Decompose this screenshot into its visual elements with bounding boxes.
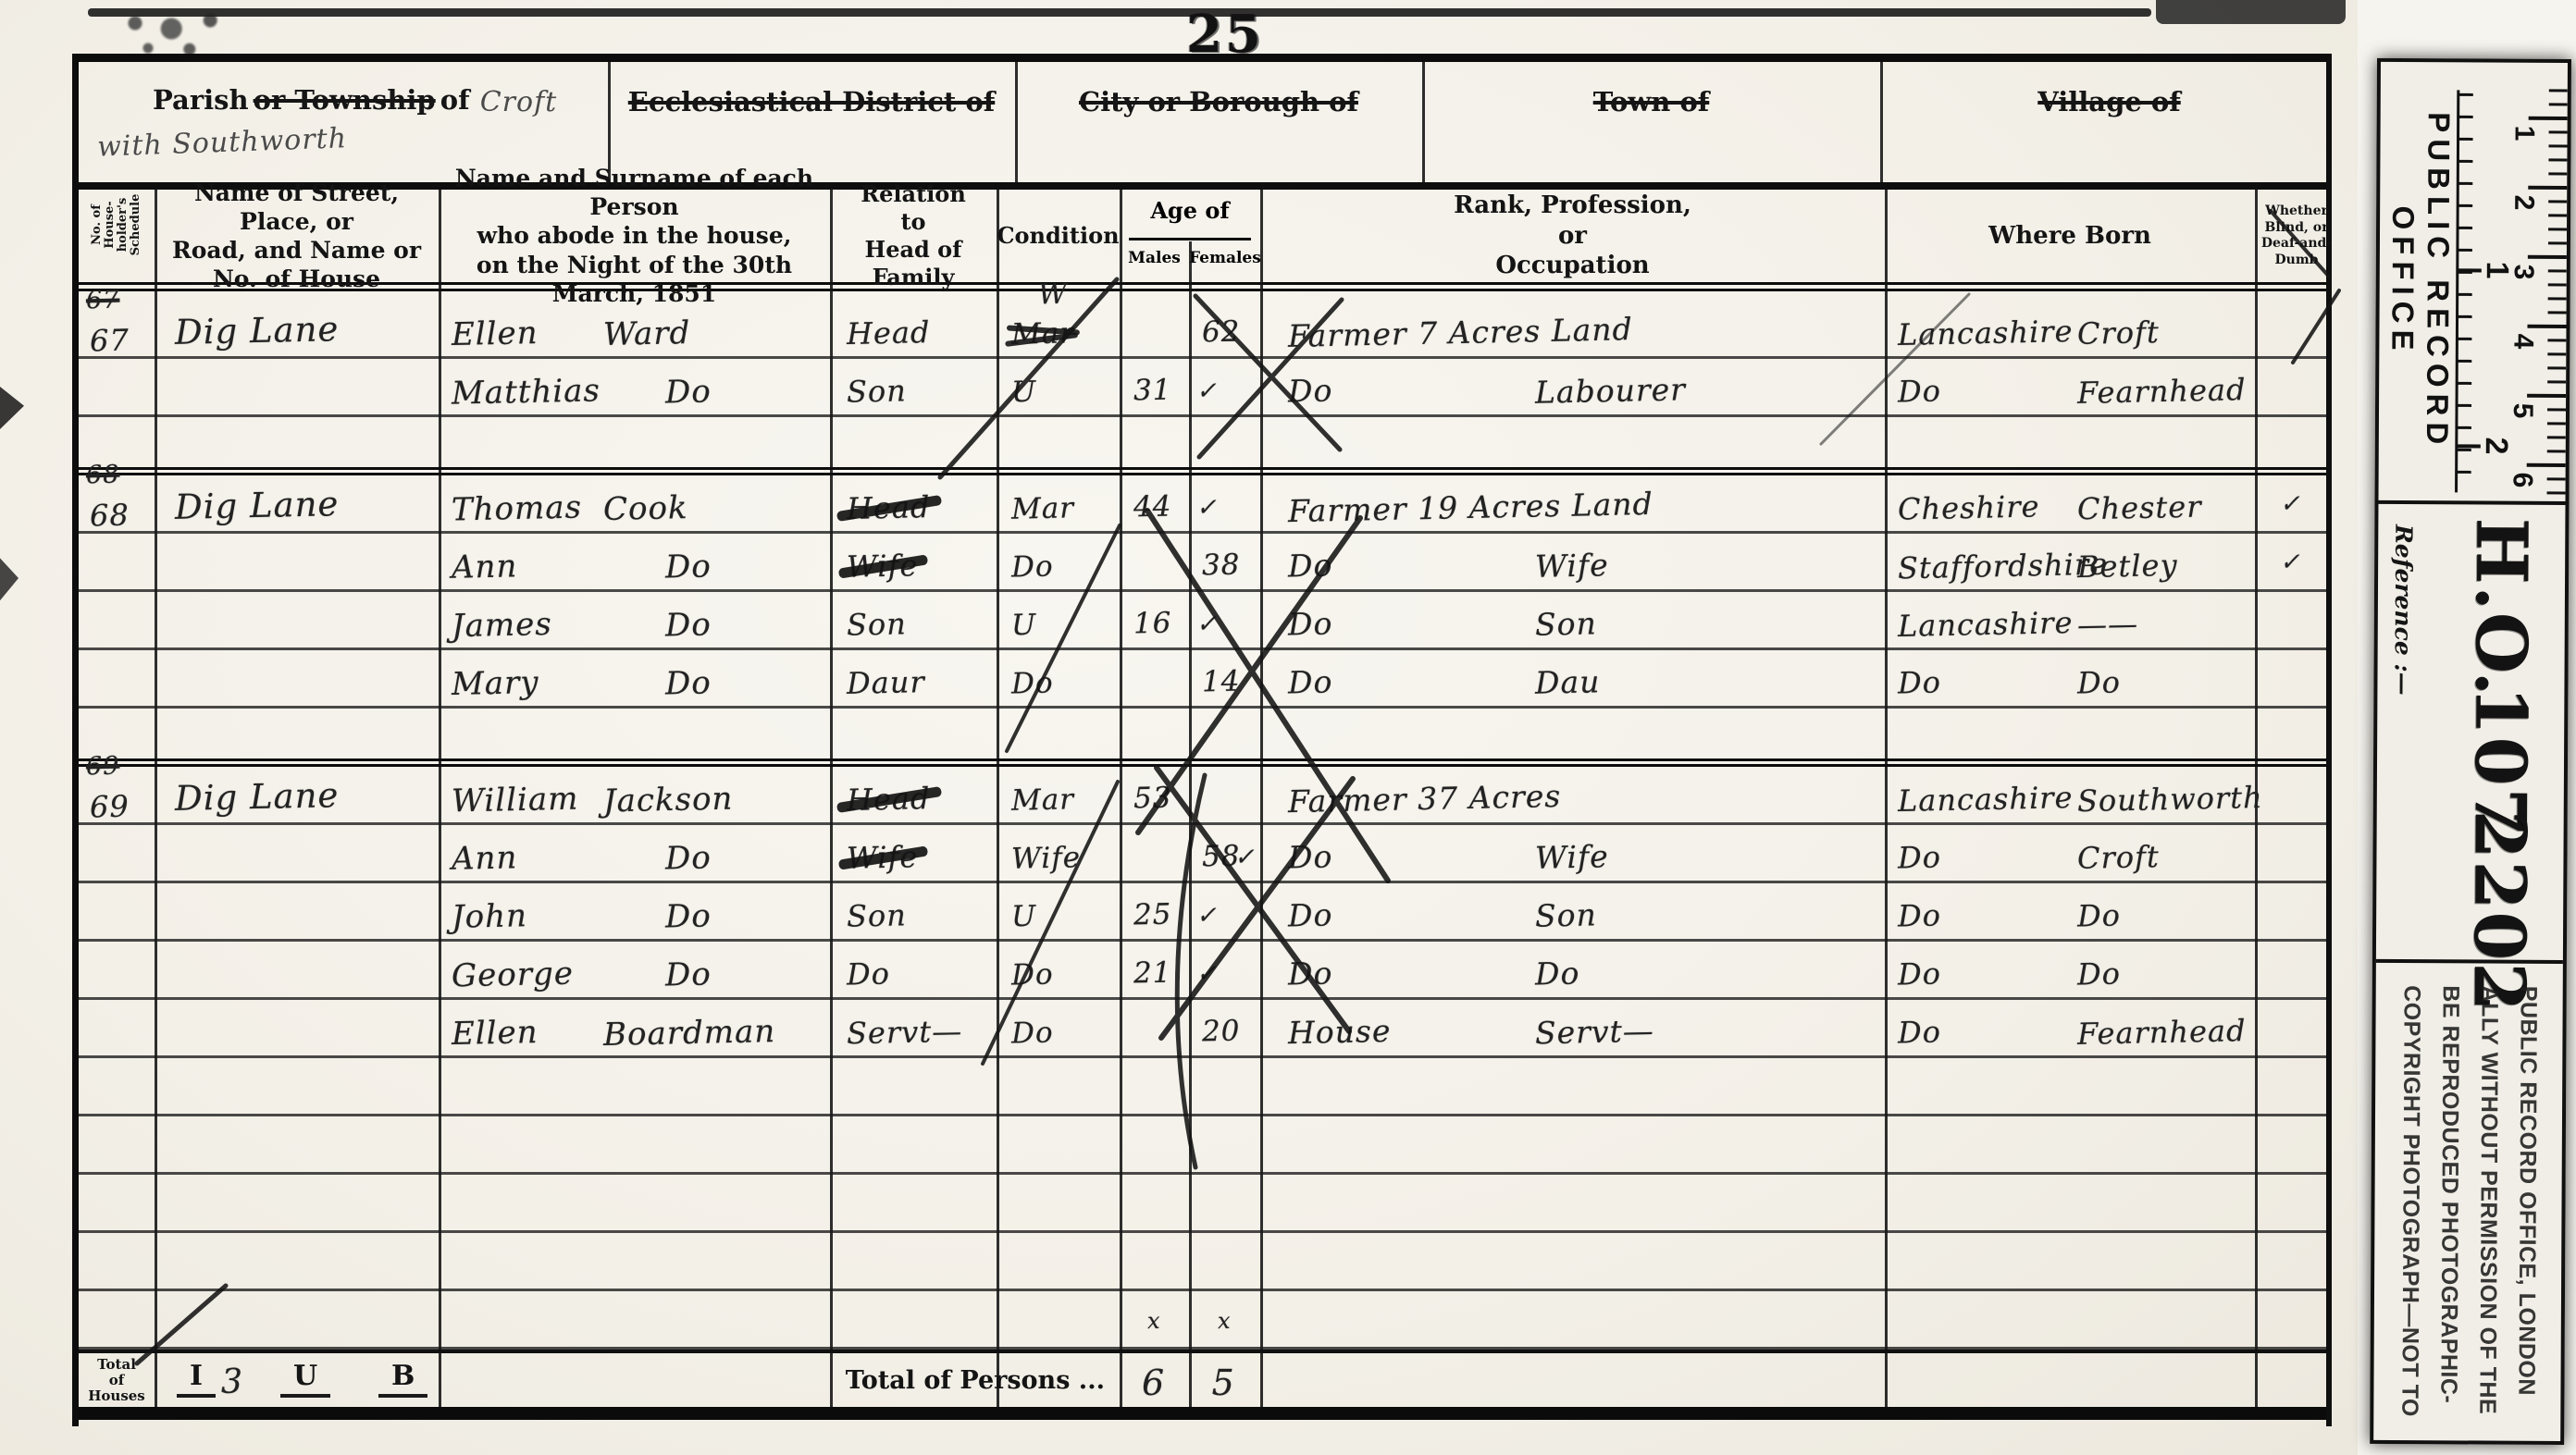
handwritten-entry: Lancashire <box>1898 780 2074 819</box>
handwritten-entry: U <box>1011 376 1037 410</box>
census-row: JohnDoSonU25✓DoSonDoDo <box>79 883 2326 942</box>
handwritten-entry: Betley <box>2077 548 2178 585</box>
cell-sched <box>79 942 155 997</box>
uninhabited-label: U <box>280 1360 330 1398</box>
cell-blind <box>2255 592 2338 647</box>
public-record-office-label: PUBLIC RECORD OFFICE <box>2384 62 2457 500</box>
handwritten-entry: Do <box>1898 665 1942 701</box>
handwritten-entry: 31 <box>1133 374 1172 408</box>
svg-text:6: 6 <box>2508 473 2538 488</box>
census-row: 6767Dig LaneEllenWardHeadMarW62Farmer 7 … <box>79 301 2326 359</box>
cell-m <box>1120 301 1189 356</box>
handwritten-entry: Mary <box>452 664 539 703</box>
cell-sched <box>79 825 155 881</box>
cell-cond <box>997 1291 1120 1347</box>
handwritten-entry: Matthias <box>452 372 601 412</box>
handwritten-entry: Son <box>847 897 908 933</box>
handwritten-entry: 14 <box>1201 665 1240 699</box>
cell-street <box>155 1175 439 1230</box>
cell-cond <box>997 709 1120 758</box>
copyright-line: ALLY WITHOUT PERMISSION OF THE <box>2468 985 2508 1411</box>
handwritten-entry: 67 <box>86 286 120 315</box>
handwritten-entry: 44 <box>1133 490 1172 524</box>
cell-sched <box>79 1000 155 1055</box>
scan-edge-streak <box>88 8 2151 17</box>
census-row <box>79 1058 2326 1116</box>
handwritten-entry: Thomas <box>452 489 583 529</box>
handwritten-entry: Do <box>2077 898 2122 934</box>
cell-name: EllenWard <box>439 301 830 356</box>
cell-name <box>439 1058 830 1114</box>
handwritten-entry: Do <box>1288 605 1333 642</box>
census-row <box>79 1233 2326 1291</box>
cell-born: LancashireCroft <box>1885 301 2255 356</box>
handwritten-entry: Farmer 7 Acres Land <box>1288 311 1633 354</box>
handwritten-entry: Wife <box>1535 547 1609 585</box>
cell-cond: Do <box>997 534 1120 589</box>
cell-rel <box>830 709 997 758</box>
cell-name <box>439 1116 830 1172</box>
total-males-cell: 6 <box>1120 1353 1189 1407</box>
handwritten-entry: Croft <box>2077 839 2161 876</box>
cell-cond: U <box>997 883 1120 939</box>
handwritten-entry: Labourer <box>1535 371 1687 410</box>
cell-born <box>1885 1116 2255 1172</box>
handwritten-entry: Mar <box>1011 316 1075 351</box>
svg-text:5: 5 <box>2508 403 2538 419</box>
census-row <box>79 709 2326 767</box>
cell-name: JohnDo <box>439 883 830 939</box>
cell-occ: DoDo <box>1260 942 1885 997</box>
cell-street: Dig Lane <box>155 475 439 531</box>
cell-m: 16 <box>1120 592 1189 647</box>
cell-m <box>1120 1058 1189 1114</box>
handwritten-entry: 68 <box>86 461 120 490</box>
handwritten-entry: 67 <box>90 323 130 359</box>
cell-sched <box>79 883 155 939</box>
cell-blind <box>2255 1000 2338 1055</box>
header-divider <box>1015 62 1018 182</box>
cell-sched <box>79 592 155 647</box>
cell-f: 38 <box>1189 534 1260 589</box>
handwritten-entry: Do <box>1288 955 1333 992</box>
cell-f <box>1189 709 1260 758</box>
handwritten-entry: Lancashire <box>1898 605 2074 644</box>
village-label: Village of <box>2037 86 2180 117</box>
cell-f <box>1189 1058 1260 1114</box>
cell-f <box>1189 767 1260 822</box>
cell-cond <box>997 1233 1120 1289</box>
handwritten-entry: Do <box>1288 663 1333 700</box>
census-row <box>79 1175 2326 1233</box>
handwritten-entry: Do <box>665 606 712 644</box>
handwritten-entry: Servt— <box>847 1014 963 1052</box>
cell-born: DoDo <box>1885 650 2255 706</box>
cell-born <box>1885 709 2255 758</box>
cell-blind <box>2255 1175 2338 1230</box>
handwritten-entry: Do <box>1898 898 1942 934</box>
cell-occ <box>1260 1058 1885 1114</box>
handwritten-entry: House <box>1288 1013 1392 1051</box>
cell-occ <box>1260 1116 1885 1172</box>
total-females-value: 5 <box>1212 1363 1235 1403</box>
handwritten-entry: Jackson <box>602 781 733 820</box>
building-label: B <box>378 1360 427 1398</box>
cell-born <box>1885 1291 2255 1347</box>
cell-born <box>1885 417 2255 467</box>
cell-cond: Mar <box>997 767 1120 822</box>
handwritten-entry: Head <box>847 314 931 351</box>
handwritten-entry: Farmer 19 Acres Land <box>1288 486 1653 529</box>
cell-blind <box>2255 1233 2338 1289</box>
handwritten-entry: ✓ <box>1195 377 1217 405</box>
cell-occ: Farmer 37 Acres <box>1260 767 1885 822</box>
handwritten-entry: Do <box>1898 374 1942 410</box>
handwritten-entry: William <box>452 781 579 820</box>
cell-cond: Do <box>997 650 1120 706</box>
inhabited-value: 3 <box>221 1363 243 1401</box>
cell-m <box>1120 650 1189 706</box>
cell-cond <box>997 1116 1120 1172</box>
handwritten-entry: Do <box>847 956 891 993</box>
scan-corner-shadow <box>2156 0 2346 24</box>
cell-occ: Farmer 7 Acres Land <box>1260 301 1885 356</box>
col-born: Where Born <box>1885 190 2255 282</box>
handwritten-entry: Do <box>1011 550 1054 585</box>
cell-f: ✓ <box>1189 942 1260 997</box>
cell-name: WilliamJackson <box>439 767 830 822</box>
cell-street <box>155 592 439 647</box>
cell-m: 25 <box>1120 883 1189 939</box>
cell-street <box>155 883 439 939</box>
handwritten-entry: Wife <box>1011 841 1082 876</box>
col-relation: Relation to Head of Family <box>830 190 997 282</box>
svg-text:2: 2 <box>2479 437 2514 454</box>
handwritten-entry: Do <box>1288 547 1333 584</box>
village-cell: Village of <box>1880 62 2338 182</box>
cell-sched <box>79 1116 155 1172</box>
handwritten-entry: Head <box>847 781 931 818</box>
handwritten-entry: W <box>1038 278 1069 312</box>
handwritten-entry: U <box>1011 609 1037 643</box>
cell-occ <box>1260 709 1885 758</box>
col-males: Males <box>1120 249 1189 267</box>
cell-occ: DoWife <box>1260 534 1885 589</box>
total-houses-label: Total of Houses <box>79 1357 155 1404</box>
handwritten-entry: 62 <box>1201 315 1240 350</box>
handwritten-entry: Do <box>2077 956 2122 993</box>
handwritten-entry: Cheshire <box>1898 488 2040 526</box>
reference-label: Reference :— <box>2389 524 2417 696</box>
cell-street <box>155 534 439 589</box>
cell-occ: DoSon <box>1260 592 1885 647</box>
cell-street <box>155 825 439 881</box>
handwritten-entry: Fearnhead <box>2077 372 2247 411</box>
col-occupation: Rank, Profession, or Occupation <box>1260 190 1885 282</box>
cell-occ: HouseServt— <box>1260 1000 1885 1055</box>
cell-born: StaffordshireBetley <box>1885 534 2255 589</box>
cell-cond: Wife <box>997 825 1120 881</box>
col-blind: Whether Blind, or Deaf-and- Dumb <box>2255 190 2338 282</box>
cell-sched <box>79 1291 155 1347</box>
cell-sched <box>79 1233 155 1289</box>
cell-rel <box>830 1058 997 1114</box>
cell-sched <box>79 1058 155 1114</box>
parish-label-struck: or Township <box>254 84 436 116</box>
cell-born: Lancashire—— <box>1885 592 2255 647</box>
cell-blind: ✓ <box>2255 475 2338 531</box>
cell-occ <box>1260 1175 1885 1230</box>
handwritten-entry: Ann <box>452 839 518 877</box>
cell-f: ✓ <box>1189 592 1260 647</box>
totals-row: Total of Houses I 3 U B Total of Persons… <box>79 1350 2326 1420</box>
handwritten-entry: Daur <box>847 664 925 701</box>
cell-cond <box>997 417 1120 467</box>
handwritten-entry: Boardman <box>602 1013 775 1054</box>
handwritten-entry: Do <box>1535 955 1580 992</box>
handwritten-entry: Do <box>1898 956 1942 993</box>
census-scan-page: 25 Parish or Township of Croft with Sout… <box>0 0 2576 1455</box>
reference-ho: H.O. <box>2459 517 2543 697</box>
census-row: JamesDoSonU16✓DoSonLancashire—— <box>79 592 2326 650</box>
cell-born <box>1885 1233 2255 1289</box>
handwritten-entry: ✓ <box>1195 960 1217 988</box>
cell-m <box>1120 1116 1189 1172</box>
handwritten-entry: Croft <box>2077 314 2161 351</box>
cell-m: 44 <box>1120 475 1189 531</box>
cell-m <box>1120 1000 1189 1055</box>
cell-f: 20 <box>1189 1000 1260 1055</box>
cell-blind <box>2255 301 2338 356</box>
svg-text:4: 4 <box>2508 334 2538 350</box>
cell-sched <box>79 359 155 414</box>
cell-cond: Do <box>997 942 1120 997</box>
cell-sched <box>79 650 155 706</box>
cell-m <box>1120 1175 1189 1230</box>
handwritten-entry: Chester <box>2077 489 2202 527</box>
cell-rel: Servt— <box>830 1000 997 1055</box>
census-row: MaryDoDaurDo14DoDauDoDo <box>79 650 2326 709</box>
cell-f: 58✓ <box>1189 825 1260 881</box>
cell-name: JamesDo <box>439 592 830 647</box>
cell-cond <box>997 1175 1120 1230</box>
cell-cond <box>997 1058 1120 1114</box>
handwritten-entry: Do <box>665 897 712 935</box>
handwritten-entry: Wife <box>1535 838 1609 876</box>
handwritten-entry: x <box>1218 1308 1232 1334</box>
handwritten-entry: ✓ <box>2280 490 2301 518</box>
handwritten-entry: Do <box>1288 896 1333 933</box>
handwritten-entry: Do <box>1288 838 1333 875</box>
census-row: GeorgeDoDoDo21✓DoDoDoDo <box>79 942 2326 1000</box>
cell-occ <box>1260 417 1885 467</box>
inhabited-label: I <box>177 1360 216 1398</box>
cell-blind <box>2255 417 2338 467</box>
census-table: Parish or Township of Croft with Southwo… <box>72 54 2332 1426</box>
cell-occ: DoDau <box>1260 650 1885 706</box>
handwritten-entry: Mar <box>1011 491 1075 525</box>
col-condition: Condition <box>997 190 1120 282</box>
cell-street <box>155 359 439 414</box>
handwritten-entry: Do <box>665 839 712 877</box>
cell-occ: DoSon <box>1260 883 1885 939</box>
handwritten-entry: Cook <box>602 489 687 528</box>
cell-f <box>1189 1116 1260 1172</box>
handwritten-entry: Do <box>665 956 712 993</box>
handwritten-entry: 21 <box>1133 956 1172 991</box>
handwritten-entry: Farmer 37 Acres <box>1288 778 1562 820</box>
cell-street <box>155 1116 439 1172</box>
cell-rel: Son <box>830 359 997 414</box>
handwritten-entry: Do <box>665 548 712 586</box>
handwritten-entry: Wife <box>847 548 919 585</box>
cell-name: MaryDo <box>439 650 830 706</box>
cell-m <box>1120 534 1189 589</box>
handwritten-entry: Lancashire <box>1898 314 2074 352</box>
census-row: xx <box>79 1291 2326 1350</box>
handwritten-entry: Do <box>1011 667 1054 701</box>
cell-street: Dig Lane <box>155 767 439 822</box>
handwritten-entry: 69 <box>90 789 130 825</box>
cell-born <box>1885 1175 2255 1230</box>
cell-cond: Mar <box>997 475 1120 531</box>
cell-blind <box>2255 650 2338 706</box>
parish-label: Parish <box>153 84 249 116</box>
header-divider <box>1422 62 1425 182</box>
cell-street <box>155 1291 439 1347</box>
cell-blind <box>2255 883 2338 939</box>
cell-m: 31 <box>1120 359 1189 414</box>
census-row: AnnDoWifeWife58✓DoWifeDoCroft <box>79 825 2326 883</box>
cell-occ: DoLabourer <box>1260 359 1885 414</box>
col-age-label: Age of <box>1120 197 1260 224</box>
handwritten-entry: ✓ <box>2280 549 2301 576</box>
cell-born: CheshireChester <box>1885 475 2255 531</box>
copyright-line: PUBLIC RECORD OFFICE, LONDON <box>2507 986 2547 1412</box>
column-header-band: No. of House- holder's Schedule Name of … <box>79 190 2326 291</box>
handwritten-entry: Do <box>1898 840 1942 876</box>
cell-rel: Wife <box>830 825 997 881</box>
cell-m <box>1120 825 1189 881</box>
handwritten-entry: Do <box>1011 958 1054 993</box>
cell-f: ✓ <box>1189 883 1260 939</box>
cell-blind <box>2255 1291 2338 1347</box>
handwritten-entry: Servt— <box>1535 1013 1655 1052</box>
census-rows: 6767Dig LaneEllenWardHeadMarW62Farmer 7 … <box>79 301 2326 1350</box>
cell-occ: DoWife <box>1260 825 1885 881</box>
cell-sched <box>79 534 155 589</box>
cell-m <box>1120 709 1189 758</box>
cell-f <box>1189 417 1260 467</box>
cell-occ <box>1260 1233 1885 1289</box>
handwritten-entry: —— <box>2077 606 2139 642</box>
cell-cond: MarW <box>997 301 1120 356</box>
handwritten-entry: Son <box>1535 896 1598 933</box>
cell-cond: U <box>997 592 1120 647</box>
cell-street <box>155 417 439 467</box>
handwritten-entry: ✓ <box>1195 610 1217 638</box>
cell-born: DoDo <box>1885 883 2255 939</box>
handwritten-entry: Head <box>847 489 931 526</box>
cell-sched <box>79 1175 155 1230</box>
svg-text:1: 1 <box>2480 261 2515 278</box>
col-schedule: No. of House- holder's Schedule <box>79 190 155 282</box>
cell-rel <box>830 1291 997 1347</box>
cell-rel <box>830 1175 997 1230</box>
parish-value: Croft <box>480 86 558 118</box>
header-band: Parish or Township of Croft with Southwo… <box>79 62 2326 190</box>
ruler-section: 12345612 PUBLIC RECORD OFFICE <box>2378 62 2568 505</box>
copyright-section: PUBLIC RECORD OFFICE, LONDONALLY WITHOUT… <box>2373 963 2563 1430</box>
handwritten-entry: Son <box>847 373 908 409</box>
cell-blind: ✓ <box>2255 534 2338 589</box>
cell-sched: 6767 <box>79 301 155 356</box>
cell-f: ✓ <box>1189 359 1260 414</box>
cell-cond: Do <box>997 1000 1120 1055</box>
handwritten-entry: Mar <box>1011 783 1075 817</box>
handwritten-entry: Dig Lane <box>175 484 340 527</box>
cell-m: x <box>1120 1291 1189 1347</box>
cell-born: DoCroft <box>1885 825 2255 881</box>
reference-section: H.O. 107 2202 Reference :— <box>2376 504 2566 964</box>
cell-blind <box>2255 825 2338 881</box>
handwritten-entry: Ward <box>602 314 690 353</box>
handwritten-entry: 16 <box>1133 607 1172 641</box>
cell-blind <box>2255 767 2338 822</box>
cell-born: LancashireSouthworth <box>1885 767 2255 822</box>
cell-m <box>1120 417 1189 467</box>
handwritten-entry: Fearnhead <box>2077 1013 2247 1052</box>
town-cell: Town of <box>1422 62 1880 182</box>
cell-f: 62 <box>1189 301 1260 356</box>
handwritten-entry: Do <box>665 373 712 411</box>
handwritten-entry: 53 <box>1133 782 1172 816</box>
cell-born: DoDo <box>1885 942 2255 997</box>
cell-rel: Wife <box>830 534 997 589</box>
svg-text:1: 1 <box>2509 126 2540 142</box>
handwritten-entry: George <box>452 956 575 995</box>
cell-blind <box>2255 709 2338 758</box>
cell-name: AnnDo <box>439 825 830 881</box>
cell-sched: 6969 <box>79 767 155 822</box>
cell-name <box>439 1233 830 1289</box>
handwritten-entry: Do <box>665 664 712 702</box>
copyright-line: COPYRIGHT PHOTOGRAPH—NOT TO <box>2390 985 2431 1411</box>
col-name: Name and Surname of each Person who abod… <box>439 190 830 282</box>
cell-rel: Head <box>830 767 997 822</box>
handwritten-entry: ✓ <box>1195 902 1217 930</box>
handwritten-entry: Son <box>1535 605 1598 642</box>
cell-blind <box>2255 1058 2338 1114</box>
cell-occ <box>1260 1291 1885 1347</box>
handwritten-entry: Do <box>2077 665 2122 701</box>
handwritten-entry: Ann <box>452 548 518 586</box>
handwritten-entry: Dig Lane <box>175 309 340 352</box>
handwritten-entry: John <box>452 897 528 936</box>
cell-name: AnnDo <box>439 534 830 589</box>
town-label: Town of <box>1593 86 1710 117</box>
handwritten-entry: Dau <box>1535 663 1601 700</box>
col-females: Females <box>1189 249 1260 267</box>
handwritten-entry: ✓ <box>1195 494 1217 522</box>
census-row: 6868Dig LaneThomasCookHeadMar44✓Farmer 1… <box>79 475 2326 534</box>
handwritten-entry: Wife <box>847 839 919 876</box>
col-schedule-label: No. of House- holder's Schedule <box>91 170 142 279</box>
handwritten-entry: Ellen <box>452 314 539 353</box>
total-persons-label: Total of Persons ... <box>439 1353 1112 1407</box>
cell-born: DoFearnhead <box>1885 359 2255 414</box>
handwritten-entry: ✓ <box>1234 844 1256 871</box>
